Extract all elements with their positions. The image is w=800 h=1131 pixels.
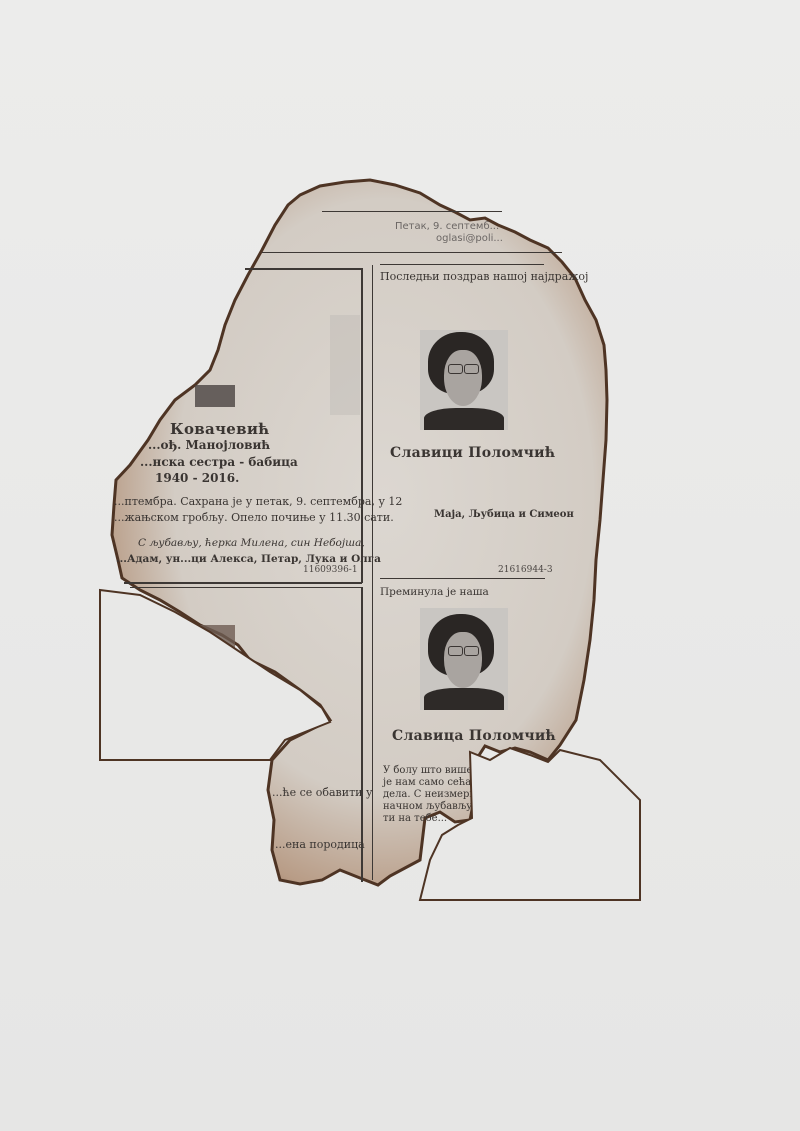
burn-holes-overlay (0, 0, 800, 1131)
scan-background: Петак, 9. септемб... oglasi@poli... Кова… (0, 0, 800, 1131)
